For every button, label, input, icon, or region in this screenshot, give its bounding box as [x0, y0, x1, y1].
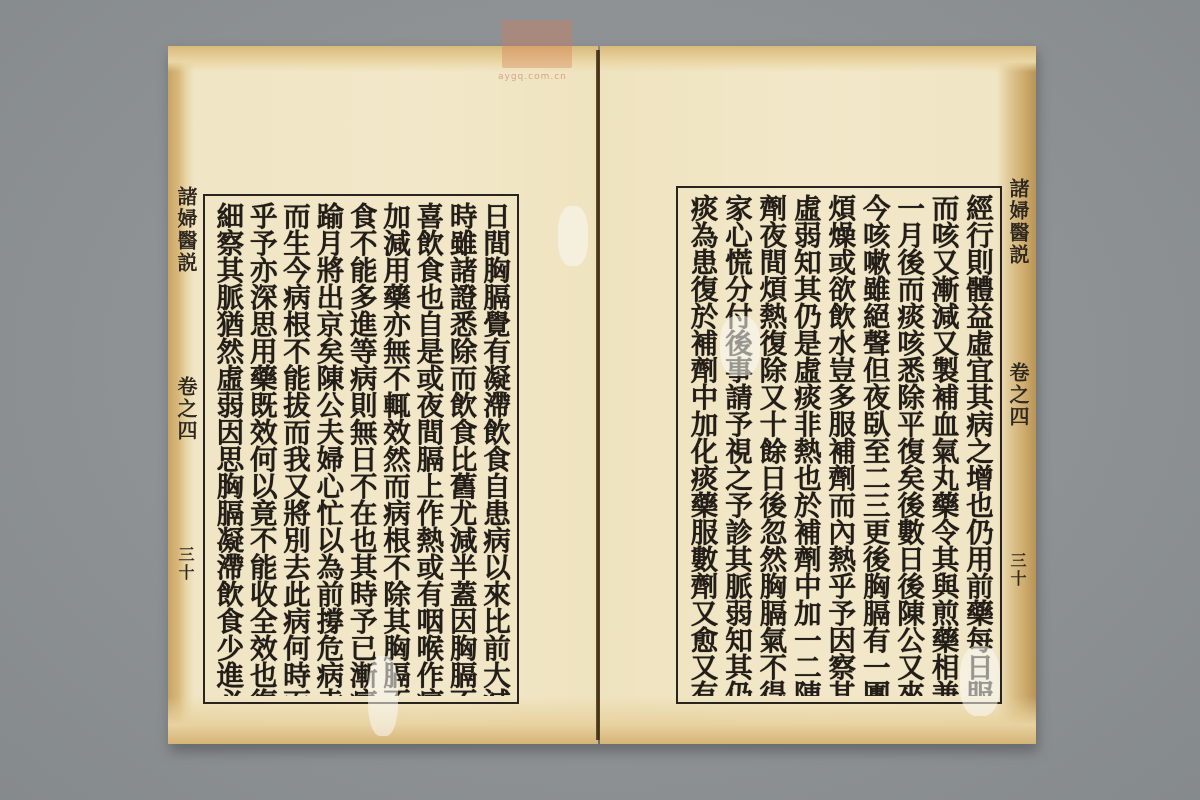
text-column: 而咳又漸減又製補血氣丸藥令其與煎藥相兼服至: [925, 194, 959, 696]
text-column: 今咳嗽雖絕聲但夜臥至二三更後胸膈有一團發熱: [856, 194, 890, 696]
watermark-text: aygq.com.cn: [498, 72, 567, 82]
text-column: 喜飲食也自是或夜間膈上作熱或有咽喉作痛隨症: [411, 202, 444, 696]
right-margin-title: 諸婦醫説: [1004, 178, 1033, 266]
right-margin-volume: 卷之四: [1004, 362, 1033, 428]
page-top-edge: [600, 46, 1036, 72]
right-text-columns: 經行則體益虛宜其病之增也仍用前藥每日服二劑 而咳又漸減又製補血氣丸藥令其與煎藥相…: [684, 194, 994, 696]
text-column: 踰月將出京矣陳公夫婦心忙以為前撐危病幸遇我: [311, 202, 344, 696]
watermark-seal: [502, 20, 572, 68]
left-margin-title: 諸婦醫説: [172, 186, 201, 274]
text-column: 時雖諸證悉除而飲食比舊尤減半蓋因胸膈不開不: [444, 202, 477, 696]
text-column: 家心慌分付後事請予視之予診其脈弱知其仍是虛: [719, 194, 753, 696]
paper-repair-patch: [960, 646, 1000, 716]
right-text-frame: 經行則體益虛宜其病之增也仍用前藥每日服二劑 而咳又漸減又製補血氣丸藥令其與煎藥相…: [676, 186, 1002, 704]
right-margin-page-mark: 三十: [1006, 552, 1029, 588]
left-page: 諸婦醫説 卷之四 三十 日間胸膈覺有凝滯飲食自患病以來比前大減至此 時雖諸證悉除…: [168, 46, 598, 744]
left-text-columns: 日間胸膈覺有凝滯飲食自患病以來比前大減至此 時雖諸證悉除而飲食比舊尤減半蓋因胸膈…: [211, 202, 511, 696]
left-text-frame: 日間胸膈覺有凝滯飲食自患病以來比前大減至此 時雖諸證悉除而飲食比舊尤減半蓋因胸膈…: [203, 194, 519, 704]
text-column: 一月後而痰咳悉除平復矣後數日後陳公又來說婦: [891, 194, 925, 696]
paper-repair-patch: [558, 206, 588, 266]
open-book: 諸婦醫説 卷之四 三十 日間胸膈覺有凝滯飲食自患病以來比前大減至此 時雖諸證悉除…: [168, 46, 1036, 748]
text-column: 乎予亦深思用藥既效何以竟不能收全效也復再三: [244, 202, 277, 696]
text-column: 日間胸膈覺有凝滯飲食自患病以來比前大減至此: [478, 202, 511, 696]
paper-repair-patch: [720, 316, 760, 376]
paper-repair-patch: [368, 656, 398, 736]
text-column: 經行則體益虛宜其病之增也仍用前藥每日服二劑: [960, 194, 994, 696]
text-column: 煩燥或欲飲水豈多服補劑而內熱乎予因察其六脈: [822, 194, 856, 696]
text-column: 加減用藥亦無不輒效然而病根不除其胸膈不開歡: [378, 202, 411, 696]
text-column: 虛弱知其仍是虛痰非熱也於補劑中加一二陳等服數: [787, 194, 821, 696]
text-column: 劑夜間煩熱復除又十餘日後忽然胸膈氣不得上盲: [753, 194, 787, 696]
text-column: 細察其脈猶然虛弱因思胸膈凝滯飲食少進必爲虛: [211, 202, 244, 696]
text-column: 痰為患復於補劑中加化痰藥服數劑又愈又有日後: [684, 194, 718, 696]
text-column: 食不能多進等病則無日不在也其時予已漸痛痒不: [344, 202, 377, 696]
right-page: 經行則體益虛宜其病之增也仍用前藥每日服二劑 而咳又漸減又製補血氣丸藥令其與煎藥相…: [600, 46, 1036, 744]
text-column: 而生今病根不能拔而我又將別去此病何時而得瘳: [278, 202, 311, 696]
left-margin-volume: 卷之四: [172, 376, 201, 442]
left-margin-page-mark: 三十: [174, 546, 197, 582]
